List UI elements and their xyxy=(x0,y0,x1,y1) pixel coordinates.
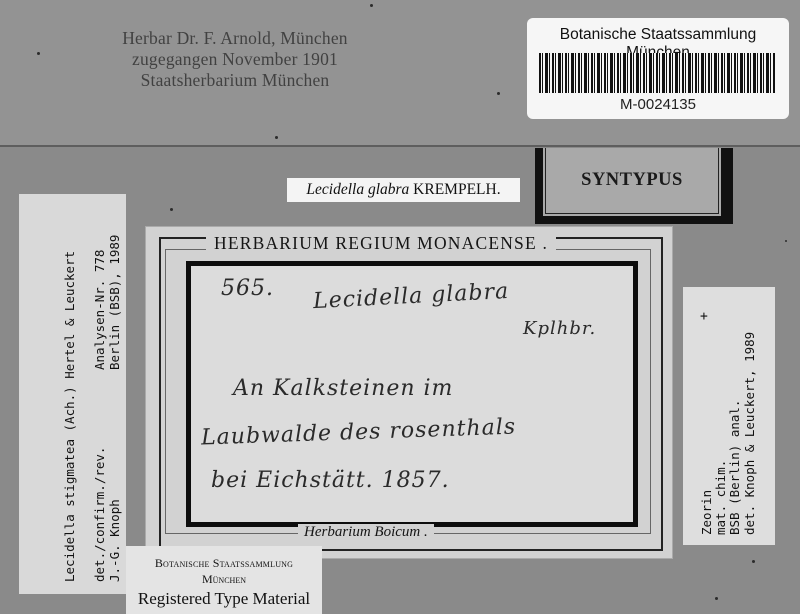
chemistry-label: + Zeorin mat. chim. BSB (Berlin) anal. d… xyxy=(683,287,775,545)
determination-block-right: Analysen-Nr. 778 Berlin (BSB), 1989 xyxy=(93,235,122,370)
taxon-name: Lecidella glabra xyxy=(306,181,409,198)
chemistry-determiner: det. Knoph & Leuckert, 1989 xyxy=(742,332,757,535)
paper-speck xyxy=(170,208,173,211)
stamp-line-1: Herbar Dr. F. Arnold, München xyxy=(70,28,400,49)
determination-taxon: Lecidella stigmatea (Ach.) Hertel & Leuc… xyxy=(63,251,77,582)
chemistry-lab: BSB (Berlin) anal. xyxy=(727,400,742,535)
handwritten-locality-3: bei Eichstätt. 1857. xyxy=(211,468,450,493)
specimen-id: M-0024135 xyxy=(527,96,789,113)
stamp-line-2: zugegangen November 1901 xyxy=(70,49,400,70)
herbarium-regium-card: HERBARIUM REGIUM MONACENSE . 565. Lecide… xyxy=(145,226,673,559)
type-label-city: München xyxy=(126,572,322,587)
registered-type-label: Botanische Staatssammlung München Regist… xyxy=(126,546,322,614)
chemistry-text: Zeorin mat. chim. BSB (Berlin) anal. det… xyxy=(700,332,757,535)
taxon-author: KREMPELH. xyxy=(413,181,500,198)
handwritten-locality-1: An Kalksteinen im xyxy=(233,376,453,401)
stamp-line-3: Staatsherbarium München xyxy=(70,70,400,91)
paper-speck xyxy=(785,240,787,242)
card-handwriting-field: 565. Lecidella glabra Kplhbr. An Kalkste… xyxy=(186,261,638,527)
paper-speck xyxy=(752,560,755,563)
handwritten-taxon: Lecidella glabra xyxy=(312,279,509,314)
determination-block-left: det./confirm./rev. J.-G. Knoph xyxy=(93,447,122,582)
analysis-number: Analysen-Nr. 778 xyxy=(92,250,107,370)
handwritten-locality-2: Laubwalde des rosenthals xyxy=(201,415,517,451)
determination-label: Lecidella stigmatea (Ach.) Hertel & Leuc… xyxy=(19,194,126,594)
chemistry-method: mat. chim. xyxy=(713,460,728,535)
paper-speck xyxy=(370,4,373,7)
analysis-place-date: Berlin (BSB), 1989 xyxy=(107,235,122,370)
determination-role: det./confirm./rev. xyxy=(92,447,107,582)
handwritten-number: 565. xyxy=(221,276,274,301)
plus-mark-icon: + xyxy=(700,309,708,324)
type-status-label: SYNTYPUS xyxy=(535,148,733,224)
taxon-name-strip: Lecidella glabra KREMPELH. xyxy=(287,178,520,202)
type-label-status: Registered Type Material xyxy=(126,589,322,609)
paper-speck xyxy=(275,136,278,139)
paper-speck xyxy=(715,597,718,600)
type-status-text: SYNTYPUS xyxy=(543,170,721,191)
chemistry-substance: Zeorin xyxy=(699,490,714,535)
barcode-icon xyxy=(539,53,775,93)
card-header: HERBARIUM REGIUM MONACENSE . xyxy=(206,233,556,254)
paper-speck xyxy=(37,52,40,55)
type-status-frame: SYNTYPUS xyxy=(542,148,722,217)
paper-speck xyxy=(497,92,500,95)
type-label-institution: Botanische Staatssammlung xyxy=(126,556,322,571)
barcode-label: Botanische Staatssammlung München M-0024… xyxy=(527,18,789,119)
card-footer: Herbarium Boicum . xyxy=(298,524,434,541)
handwritten-author: Kplhbr. xyxy=(523,318,596,339)
arnold-herbarium-stamp: Herbar Dr. F. Arnold, München zugegangen… xyxy=(70,28,400,91)
determiner-name: J.-G. Knoph xyxy=(107,499,122,582)
